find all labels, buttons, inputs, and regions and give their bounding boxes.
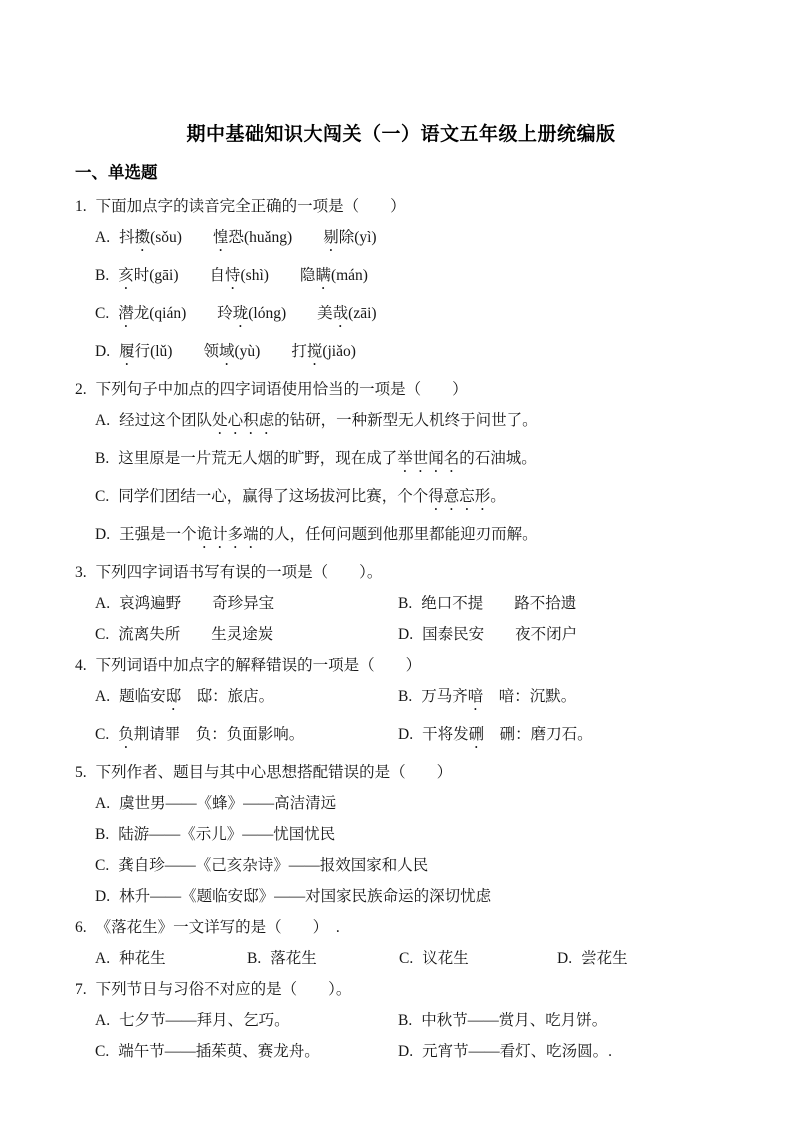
option-text: 这里原是一片荒无人烟的旷野，现在成了举世闻名的石油城。: [118, 450, 537, 467]
option-label: B.: [398, 595, 412, 612]
option-text-run: 林升——《题临安邸》——对国家民族命运的深切忧虑: [119, 888, 491, 905]
option-text-run: 荆请罪 负：负面影响。: [134, 726, 305, 743]
option-label: B.: [95, 267, 109, 284]
options: A.哀鸿遍野 奇珍异宝B.绝口不提 路不拾遗C.流离失所 生灵途炭D.国泰民安 …: [95, 593, 727, 655]
question-number: 5.: [75, 764, 87, 781]
option-text-run: (yù) 打: [235, 343, 307, 360]
question-number: 6.: [75, 919, 87, 936]
question-5-option-C: C.龚自珍——《己亥杂诗》——报效国家和人民: [95, 855, 727, 876]
question-7-option-B: B.中秋节——赏月、吃月饼。: [398, 1010, 727, 1031]
option-text-run: 种花生: [119, 950, 166, 967]
option-label: C.: [399, 950, 413, 967]
option-text-run: 抖: [119, 229, 135, 246]
question-1-option-A: A.抖擞(sǒu) 惶恐(huǎng) 剔除(yì): [95, 227, 727, 255]
question-4-option-B: B.万马齐喑 喑：沉默。: [398, 686, 727, 714]
option-text-run: 七夕节——拜月、乞巧。: [119, 1012, 290, 1029]
question-6-option-C: C.议花生: [399, 948, 557, 969]
option-text-run: 绝口不提 路不拾遗: [421, 595, 576, 612]
option-label: C.: [95, 305, 109, 322]
option-label: A.: [95, 229, 110, 246]
option-text: 林升——《题临安邸》——对国家民族命运的深切忧虑: [119, 888, 491, 905]
question-stem: 4.下列词语中加点字的解释错误的一项是（ ）: [75, 655, 727, 676]
option-text: 抖擞(sǒu) 惶恐(huǎng) 剔除(yì): [119, 229, 377, 246]
emphasis-dotted-char: 瞒: [315, 267, 331, 284]
question-stem-text: 下列句子中加点的四字词语使用恰当的一项是（ ）: [96, 381, 468, 398]
question-6-option-D: D.尝花生: [557, 948, 727, 969]
option-text-run: 除(yì): [339, 229, 377, 246]
emphasis-dotted-char: 哉: [333, 305, 349, 322]
option-text: 虞世男——《蜂》——高洁清远: [119, 795, 336, 812]
emphasis-dotted-char: 处心积虑: [212, 412, 274, 429]
question-1: 1.下面加点字的读音完全正确的一项是（ ）A.抖擞(sǒu) 惶恐(huǎng)…: [75, 196, 727, 369]
question-7: 7.下列节日与习俗不对应的是（ ）。A.七夕节——拜月、乞巧。B.中秋节——赏月…: [75, 979, 727, 1072]
option-text-run: 经过这个团队: [119, 412, 212, 429]
option-text-run: 落花生: [270, 950, 317, 967]
option-text-run: 同学们团结一心，赢得了这场拔河比赛，个个: [118, 488, 428, 505]
question-stem-text: 下列四字词语书写有误的一项是（ ）。: [96, 564, 383, 581]
option-text-run: 陆游——《示儿》——忧国忧民: [118, 826, 335, 843]
emphasis-dotted-char: 举世闻名: [397, 450, 459, 467]
option-label: C.: [95, 626, 109, 643]
option-label: B.: [95, 450, 109, 467]
question-6: 6.《落花生》一文详写的是（ ） .A.种花生B.落花生C.议花生D.尝花生: [75, 917, 727, 979]
emphasis-dotted-char: 诡计多端: [197, 526, 259, 543]
emphasis-dotted-char: 邸: [166, 688, 182, 705]
question-stem: 5.下列作者、题目与其中心思想搭配错误的是（ ）: [75, 762, 727, 783]
emphasis-dotted-char: 域: [219, 343, 235, 360]
question-stem-text: 下面加点字的读音完全正确的一项是（ ）: [96, 198, 406, 215]
option-label: C.: [95, 1043, 109, 1060]
option-text-run: 流离失所 生灵途炭: [118, 626, 273, 643]
option-text-run: (mán): [331, 267, 368, 284]
option-text: 龚自珍——《己亥杂诗》——报效国家和人民: [118, 857, 428, 874]
question-3-option-B: B.绝口不提 路不拾遗: [398, 593, 727, 614]
question-number: 4.: [75, 657, 87, 674]
option-text: 哀鸿遍野 奇珍异宝: [119, 595, 274, 612]
emphasis-dotted-char: 履: [119, 343, 135, 360]
option-text: 种花生: [119, 950, 166, 967]
emphasis-dotted-char: 硎: [469, 726, 485, 743]
question-5-option-A: A.虞世男——《蜂》——高洁清远: [95, 793, 727, 814]
option-text-run: 龙(qián) 玲: [134, 305, 233, 322]
option-text-run: 题临安: [119, 688, 166, 705]
question-2: 2.下列句子中加点的四字词语使用恰当的一项是（ ）A.经过这个团队处心积虑的钻研…: [75, 379, 727, 552]
option-text-run: 哀鸿遍野 奇珍异宝: [119, 595, 274, 612]
question-4-option-D: D.干将发硎 硎：磨刀石。: [398, 724, 727, 752]
question-7-option-C: C.端午节——插茱萸、赛龙舟。: [95, 1041, 398, 1062]
option-text: 国泰民安 夜不闭户: [422, 626, 577, 643]
section-heading: 一、单选题: [75, 162, 727, 185]
option-text: 落花生: [270, 950, 317, 967]
option-text: 履行(lǔ) 领域(yù) 打搅(jiǎo): [119, 343, 356, 360]
question-number: 3.: [75, 564, 87, 581]
question-4-option-C: C.负荆请罪 负：负面影响。: [95, 724, 398, 752]
option-label: D.: [398, 626, 413, 643]
option-text-run: (jiǎo): [322, 343, 356, 360]
options: A.种花生B.落花生C.议花生D.尝花生: [95, 948, 727, 979]
option-text-run: 万马齐: [421, 688, 468, 705]
option-text-run: 中秋节——赏月、吃月饼。: [421, 1012, 607, 1029]
option-text: 干将发硎 硎：磨刀石。: [422, 726, 593, 743]
option-text-run: (zāi): [348, 305, 376, 322]
option-text-run: 尝花生: [581, 950, 628, 967]
question-7-option-A: A.七夕节——拜月、乞巧。: [95, 1010, 398, 1031]
option-text: 元宵节——看灯、吃汤圆。.: [422, 1043, 612, 1060]
question-5: 5.下列作者、题目与其中心思想搭配错误的是（ ）A.虞世男——《蜂》——高洁清远…: [75, 762, 727, 907]
emphasis-dotted-char: 潜: [118, 305, 134, 322]
option-text-run: 王强是一个: [119, 526, 197, 543]
option-text: 端午节——插茱萸、赛龙舟。: [118, 1043, 320, 1060]
question-stem-text: 《落花生》一文详写的是（ ） .: [96, 919, 340, 936]
option-label: B.: [95, 826, 109, 843]
question-stem-text: 下列节日与习俗不对应的是（ ）。: [96, 981, 352, 998]
options: A.题临安邸 邸：旅店。B.万马齐喑 喑：沉默。C.负荆请罪 负：负面影响。D.…: [95, 686, 727, 762]
option-text-run: 的钻研，一种新型无人机终于问世了。: [274, 412, 538, 429]
option-text: 亥时(gāi) 自恃(shì) 隐瞒(mán): [118, 267, 368, 284]
option-text: 绝口不提 路不拾遗: [421, 595, 576, 612]
option-text: 负荆请罪 负：负面影响。: [118, 726, 304, 743]
option-text: 尝花生: [581, 950, 628, 967]
option-text-run: 喑：沉默。: [483, 688, 576, 705]
option-label: B.: [398, 688, 412, 705]
emphasis-dotted-char: 亥: [118, 267, 134, 284]
question-3-option-A: A.哀鸿遍野 奇珍异宝: [95, 593, 398, 614]
option-text: 议花生: [422, 950, 469, 967]
options: A.经过这个团队处心积虑的钻研，一种新型无人机终于问世了。B.这里原是一片荒无人…: [95, 410, 727, 552]
question-1-option-D: D.履行(lǔ) 领域(yù) 打搅(jiǎo): [95, 341, 727, 369]
option-label: A.: [95, 412, 110, 429]
option-text-run: 的人，任何问题到他那里都能迎刃而解。: [259, 526, 538, 543]
option-label: A.: [95, 1012, 110, 1029]
question-2-option-A: A.经过这个团队处心积虑的钻研，一种新型无人机终于问世了。: [95, 410, 727, 438]
option-label: B.: [398, 1012, 412, 1029]
option-text-run: 的石油城。: [459, 450, 537, 467]
option-label: D.: [95, 888, 110, 905]
options: A.抖擞(sǒu) 惶恐(huǎng) 剔除(yì)B.亥时(gāi) 自恃(s…: [95, 227, 727, 369]
emphasis-dotted-char: 惶: [213, 229, 229, 246]
option-text-run: 行(lǔ) 领: [135, 343, 219, 360]
option-label: A.: [95, 950, 110, 967]
option-label: C.: [95, 857, 109, 874]
option-label: C.: [95, 726, 109, 743]
question-stem: 3.下列四字词语书写有误的一项是（ ）。: [75, 562, 727, 583]
option-text-run: 议花生: [422, 950, 469, 967]
option-text: 流离失所 生灵途炭: [118, 626, 273, 643]
option-label: D.: [398, 1043, 413, 1060]
question-1-option-C: C.潜龙(qián) 玲珑(lóng) 美哉(zāi): [95, 303, 727, 331]
emphasis-dotted-char: 擞: [135, 229, 151, 246]
emphasis-dotted-char: 负: [118, 726, 134, 743]
options: A.虞世男——《蜂》——高洁清远B.陆游——《示儿》——忧国忧民C.龚自珍——《…: [95, 793, 727, 907]
option-text: 经过这个团队处心积虑的钻研，一种新型无人机终于问世了。: [119, 412, 538, 429]
question-number: 7.: [75, 981, 87, 998]
question-3-option-D: D.国泰民安 夜不闭户: [398, 624, 727, 645]
question-4-option-A: A.题临安邸 邸：旅店。: [95, 686, 398, 714]
question-4: 4.下列词语中加点字的解释错误的一项是（ ）A.题临安邸 邸：旅店。B.万马齐喑…: [75, 655, 727, 762]
option-label: B.: [247, 950, 261, 967]
option-text-run: 虞世男——《蜂》——高洁清远: [119, 795, 336, 812]
option-label: D.: [95, 526, 110, 543]
option-text: 七夕节——拜月、乞巧。: [119, 1012, 290, 1029]
question-5-option-D: D.林升——《题临安邸》——对国家民族命运的深切忧虑: [95, 886, 727, 907]
option-text: 同学们团结一心，赢得了这场拔河比赛，个个得意忘形。: [118, 488, 506, 505]
option-text-run: (shì) 隐: [241, 267, 316, 284]
option-text-run: (sǒu): [150, 229, 213, 246]
question-stem: 7.下列节日与习俗不对应的是（ ）。: [75, 979, 727, 1000]
question-3: 3.下列四字词语书写有误的一项是（ ）。A.哀鸿遍野 奇珍异宝B.绝口不提 路不…: [75, 562, 727, 655]
question-2-option-B: B.这里原是一片荒无人烟的旷野，现在成了举世闻名的石油城。: [95, 448, 727, 476]
emphasis-dotted-char: 得意忘形: [428, 488, 490, 505]
emphasis-dotted-char: 恃: [225, 267, 241, 284]
option-text-run: 邸：旅店。: [181, 688, 274, 705]
option-label: A.: [95, 795, 110, 812]
option-label: D.: [557, 950, 572, 967]
option-label: D.: [398, 726, 413, 743]
question-3-option-C: C.流离失所 生灵途炭: [95, 624, 398, 645]
exam-page: 期中基础知识大闯关（一）语文五年级上册统编版 一、单选题 1.下面加点字的读音完…: [0, 0, 793, 1122]
option-text-run: 元宵节——看灯、吃汤圆。.: [422, 1043, 612, 1060]
option-label: A.: [95, 595, 110, 612]
question-2-option-D: D.王强是一个诡计多端的人，任何问题到他那里都能迎刃而解。: [95, 524, 727, 552]
option-text: 中秋节——赏月、吃月饼。: [421, 1012, 607, 1029]
question-stem: 6.《落花生》一文详写的是（ ） .: [75, 917, 727, 938]
option-text-run: 恐(huǎng): [228, 229, 323, 246]
question-stem-text: 下列作者、题目与其中心思想搭配错误的是（ ）: [96, 764, 453, 781]
option-text-run: 时(gāi) 自: [134, 267, 225, 284]
option-text: 潜龙(qián) 玲珑(lóng) 美哉(zāi): [118, 305, 376, 322]
emphasis-dotted-char: 喑: [468, 688, 484, 705]
question-7-option-D: D.元宵节——看灯、吃汤圆。.: [398, 1041, 727, 1062]
emphasis-dotted-char: 珑: [233, 305, 249, 322]
emphasis-dotted-char: 剔: [323, 229, 339, 246]
question-number: 1.: [75, 198, 87, 215]
option-text: 万马齐喑 喑：沉默。: [421, 688, 576, 705]
option-text-run: 端午节——插茱萸、赛龙舟。: [118, 1043, 320, 1060]
option-text-run: 。: [490, 488, 506, 505]
option-text: 题临安邸 邸：旅店。: [119, 688, 274, 705]
options: A.七夕节——拜月、乞巧。B.中秋节——赏月、吃月饼。C.端午节——插茱萸、赛龙…: [95, 1010, 727, 1072]
question-5-option-B: B.陆游——《示儿》——忧国忧民: [95, 824, 727, 845]
question-number: 2.: [75, 381, 87, 398]
option-text-run: 干将发: [422, 726, 469, 743]
question-stem-text: 下列词语中加点字的解释错误的一项是（ ）: [96, 657, 422, 674]
question-6-option-B: B.落花生: [247, 948, 399, 969]
question-2-option-C: C.同学们团结一心，赢得了这场拔河比赛，个个得意忘形。: [95, 486, 727, 514]
option-text-run: 硎：磨刀石。: [484, 726, 593, 743]
question-6-option-A: A.种花生: [95, 948, 247, 969]
option-label: D.: [95, 343, 110, 360]
question-1-option-B: B.亥时(gāi) 自恃(shì) 隐瞒(mán): [95, 265, 727, 293]
option-text: 陆游——《示儿》——忧国忧民: [118, 826, 335, 843]
option-label: A.: [95, 688, 110, 705]
option-text-run: (lóng) 美: [248, 305, 332, 322]
question-stem: 2.下列句子中加点的四字词语使用恰当的一项是（ ）: [75, 379, 727, 400]
option-label: C.: [95, 488, 109, 505]
option-text-run: 龚自珍——《己亥杂诗》——报效国家和人民: [118, 857, 428, 874]
option-text: 王强是一个诡计多端的人，任何问题到他那里都能迎刃而解。: [119, 526, 538, 543]
emphasis-dotted-char: 搅: [307, 343, 323, 360]
option-text-run: 这里原是一片荒无人烟的旷野，现在成了: [118, 450, 397, 467]
option-text-run: 国泰民安 夜不闭户: [422, 626, 577, 643]
question-stem: 1.下面加点字的读音完全正确的一项是（ ）: [75, 196, 727, 217]
page-title: 期中基础知识大闯关（一）语文五年级上册统编版: [75, 122, 727, 147]
question-list: 1.下面加点字的读音完全正确的一项是（ ）A.抖擞(sǒu) 惶恐(huǎng)…: [75, 196, 727, 1072]
